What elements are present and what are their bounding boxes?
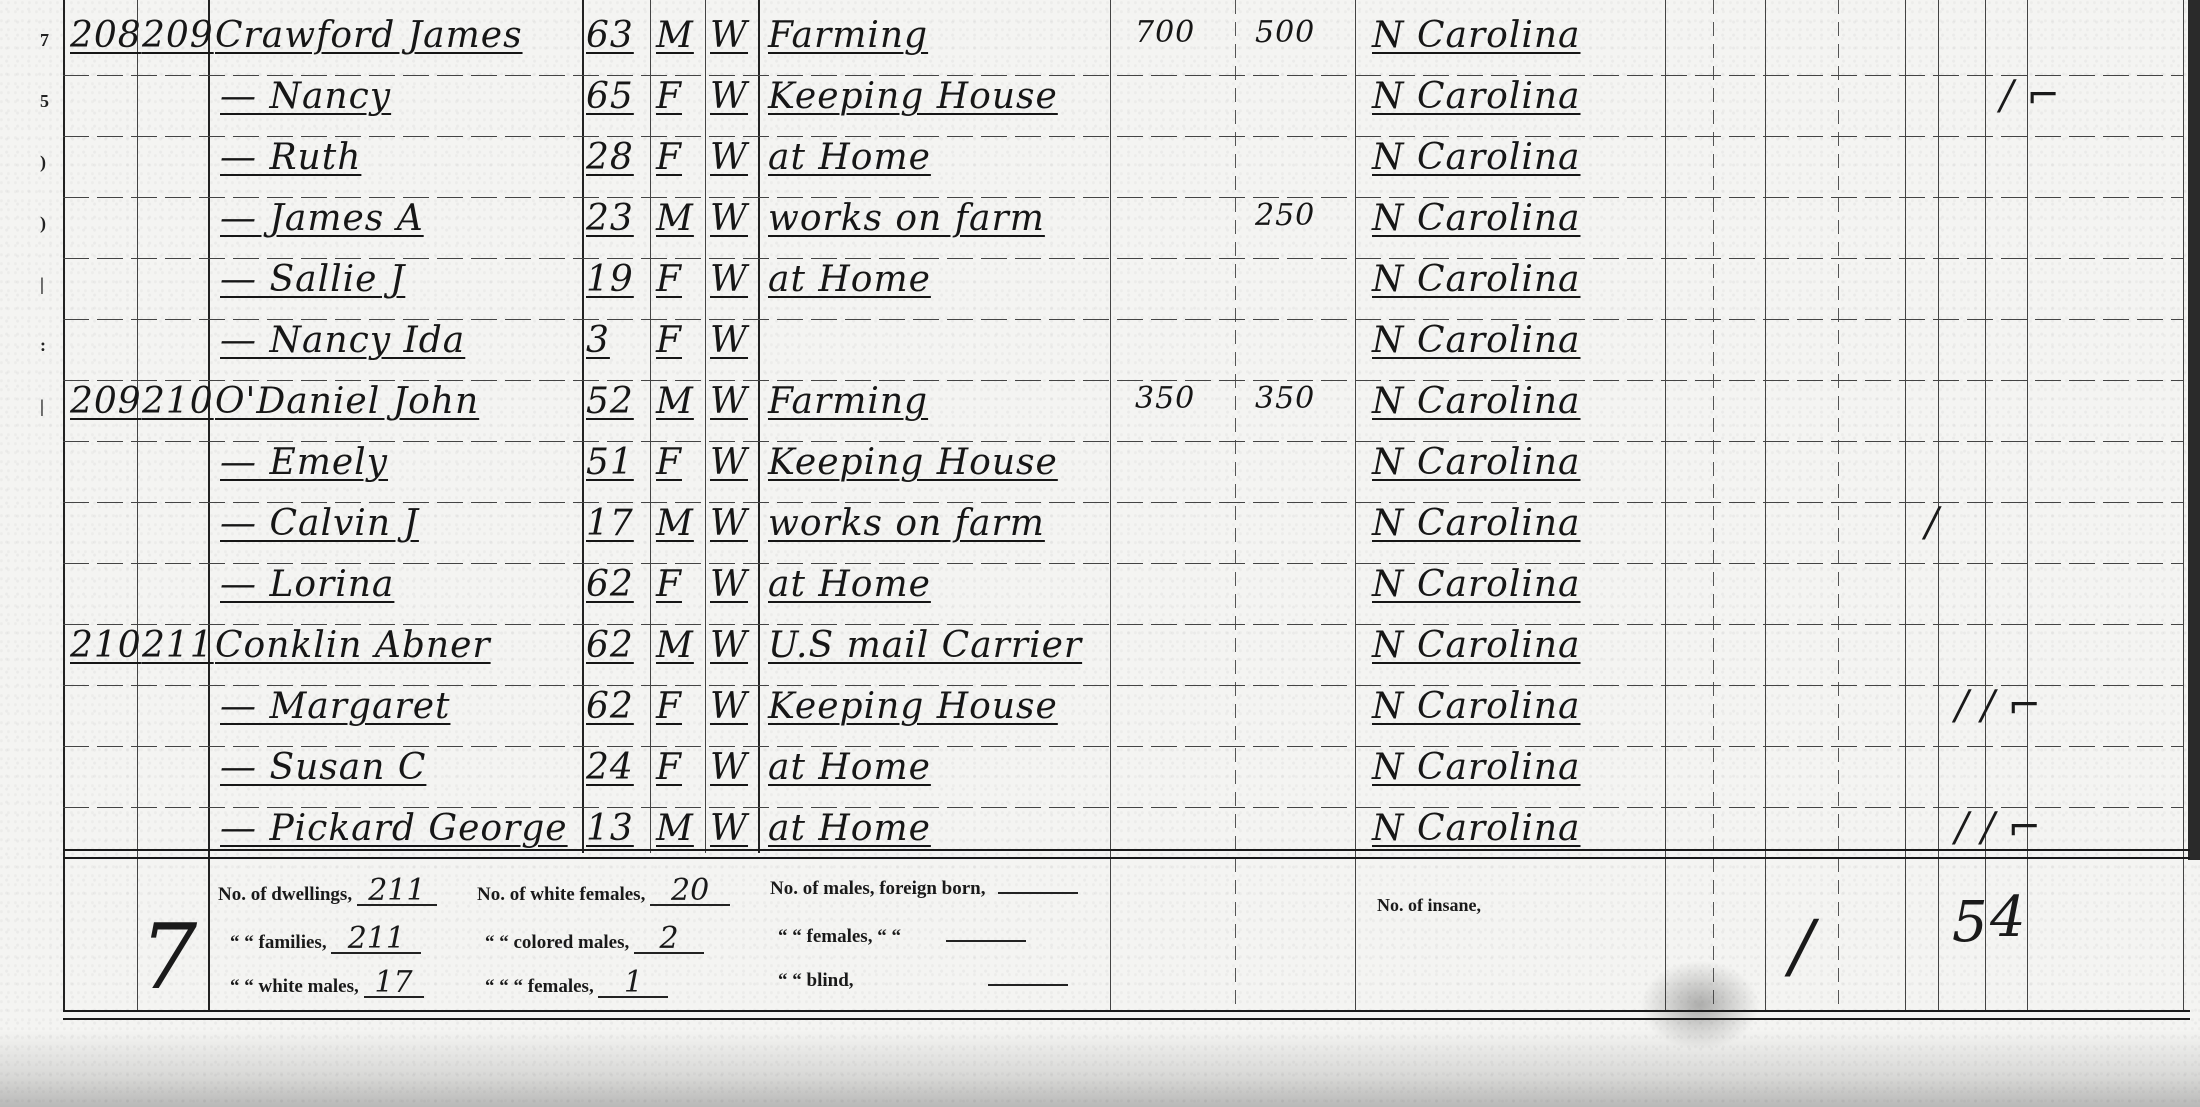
margin-check-mark: 7 xyxy=(140,905,197,1010)
cell-dwelling: 210 xyxy=(70,628,132,664)
cell-sex: F xyxy=(656,140,682,176)
cell-color: W xyxy=(710,323,748,359)
cell-color: W xyxy=(710,628,748,664)
tally-mark: / / ⌐ xyxy=(1955,805,2041,851)
tally-mark: / xyxy=(1790,905,1814,987)
cell-birthplace: N Carolina xyxy=(1372,140,1581,176)
cell-name: — Nancy Ida xyxy=(220,323,465,359)
cell-age: 28 xyxy=(586,140,634,176)
dwellings-label: No. of dwellings, xyxy=(218,884,352,905)
cell-name: O'Daniel John xyxy=(215,384,479,420)
summary-colored-females: “ “ “ females, 1 xyxy=(485,970,668,998)
cell-age: 65 xyxy=(586,79,634,115)
cell-age: 19 xyxy=(586,262,634,298)
colored-females-value: 1 xyxy=(598,970,668,998)
tally-mark: 4 xyxy=(1990,885,2026,950)
cell-color: W xyxy=(710,689,748,725)
cell-occupation: Keeping House xyxy=(768,445,1058,481)
cell-age: 13 xyxy=(586,811,634,847)
cell-sex: M xyxy=(656,201,694,237)
cell-name: Crawford James xyxy=(215,18,523,54)
scan-smudge xyxy=(1640,960,1760,1050)
data-bottom-rule xyxy=(63,849,2190,859)
insane-label: No. of insane, xyxy=(1377,895,1481,916)
cell-color: W xyxy=(710,506,748,542)
margin-mark: ) xyxy=(40,152,46,173)
cell-occupation: Farming xyxy=(768,18,928,54)
white-females-label: No. of white females, xyxy=(477,884,645,905)
cell-family: 211 xyxy=(142,628,204,664)
foreign-males-value xyxy=(998,892,1078,894)
cell-birthplace: N Carolina xyxy=(1372,445,1581,481)
column-rule xyxy=(758,0,760,853)
cell-sex: M xyxy=(656,384,694,420)
blind-label: “ “ blind, xyxy=(778,970,854,991)
cell-name: — Nancy xyxy=(220,79,391,115)
cell-name: — Susan C xyxy=(220,750,426,786)
cell-color: W xyxy=(710,79,748,115)
cell-name: — Ruth xyxy=(220,140,361,176)
cell-color: W xyxy=(710,567,748,603)
cell-color: W xyxy=(710,384,748,420)
colored-males-label: “ “ colored males, xyxy=(485,932,629,953)
cell-occupation: works on farm xyxy=(768,506,1045,542)
summary-white-males: “ “ white males, 17 xyxy=(230,970,424,998)
cell-color: W xyxy=(710,445,748,481)
cell-age: 17 xyxy=(586,506,634,542)
summary-white-females: No. of white females, 20 xyxy=(477,878,730,906)
cell-sex: F xyxy=(656,445,682,481)
cell-sex: F xyxy=(656,323,682,359)
cell-name: — Pickard George xyxy=(220,811,568,847)
cell-occupation: Keeping House xyxy=(768,79,1058,115)
cell-name: — Margaret xyxy=(220,689,450,725)
foreign-males-label: No. of males, foreign born, xyxy=(770,878,986,899)
cell-name: — Emely xyxy=(220,445,388,481)
cell-age: 52 xyxy=(586,384,634,420)
cell-color: W xyxy=(710,140,748,176)
row-rule xyxy=(63,136,2183,137)
cell-color: W xyxy=(710,18,748,54)
margin-mark: : xyxy=(40,335,46,356)
cell-birthplace: N Carolina xyxy=(1372,750,1581,786)
dwellings-value: 211 xyxy=(357,878,437,906)
column-rule xyxy=(705,0,706,853)
cell-occupation: at Home xyxy=(768,140,931,176)
cell-age: 3 xyxy=(586,323,610,359)
cell-birthplace: N Carolina xyxy=(1372,262,1581,298)
cell-birthplace: N Carolina xyxy=(1372,689,1581,725)
cell-color: W xyxy=(710,750,748,786)
page-edge-shadow xyxy=(2188,0,2200,860)
cell-personal: 350 xyxy=(1255,384,1315,414)
foreign-females-label: “ “ females, “ “ xyxy=(778,926,901,947)
summary-blind: “ “ blind, xyxy=(778,970,1068,992)
cell-occupation: at Home xyxy=(768,750,931,786)
cell-sex: M xyxy=(656,506,694,542)
cell-sex: F xyxy=(656,750,682,786)
summary-dwellings: No. of dwellings, 211 xyxy=(218,878,437,906)
cell-family: 210 xyxy=(142,384,204,420)
cell-sex: F xyxy=(656,567,682,603)
cell-dwelling: 209 xyxy=(70,384,132,420)
cell-occupation: at Home xyxy=(768,262,931,298)
cell-color: W xyxy=(710,262,748,298)
margin-mark: 5 xyxy=(40,91,49,112)
cell-real-estate: 350 xyxy=(1135,384,1195,414)
cell-name: Conklin Abner xyxy=(215,628,491,664)
cell-age: 62 xyxy=(586,689,634,725)
cell-age: 51 xyxy=(586,445,634,481)
cell-age: 24 xyxy=(586,750,634,786)
column-rule xyxy=(650,0,651,853)
cell-name: — Calvin J xyxy=(220,506,419,542)
summary-foreign-males: No. of males, foreign born, xyxy=(770,878,1078,900)
cell-age: 23 xyxy=(586,201,634,237)
cell-birthplace: N Carolina xyxy=(1372,628,1581,664)
scan-smudge xyxy=(0,1030,2200,1107)
families-value: 211 xyxy=(331,926,421,954)
census-page: 75))|:| 208209Crawford James63MWFarming7… xyxy=(0,0,2200,1107)
tally-mark: / xyxy=(1925,500,1938,546)
foreign-females-value xyxy=(946,940,1026,942)
cell-birthplace: N Carolina xyxy=(1372,567,1581,603)
tally-mark: / ⌐ xyxy=(2000,73,2060,119)
cell-name: — Lorina xyxy=(220,567,394,603)
cell-sex: M xyxy=(656,18,694,54)
page-bottom-rule xyxy=(63,1010,2190,1020)
cell-color: W xyxy=(710,201,748,237)
cell-birthplace: N Carolina xyxy=(1372,18,1581,54)
cell-birthplace: N Carolina xyxy=(1372,201,1581,237)
blind-value xyxy=(988,984,1068,986)
cell-color: W xyxy=(710,811,748,847)
cell-birthplace: N Carolina xyxy=(1372,384,1581,420)
cell-name: — James A xyxy=(220,201,424,237)
cell-birthplace: N Carolina xyxy=(1372,811,1581,847)
tally-mark: / / ⌐ xyxy=(1955,683,2041,729)
cell-birthplace: N Carolina xyxy=(1372,506,1581,542)
cell-occupation: U.S mail Carrier xyxy=(768,628,1082,664)
cell-occupation: Farming xyxy=(768,384,928,420)
cell-sex: M xyxy=(656,811,694,847)
cell-age: 62 xyxy=(586,628,634,664)
summary-families: “ “ families, 211 xyxy=(230,926,421,954)
column-rule xyxy=(582,0,584,853)
cell-occupation: Keeping House xyxy=(768,689,1058,725)
cell-sex: F xyxy=(656,262,682,298)
cell-birthplace: N Carolina xyxy=(1372,323,1581,359)
cell-occupation: at Home xyxy=(768,811,931,847)
families-label: “ “ families, xyxy=(230,932,327,953)
summary-foreign-females: “ “ females, “ “ xyxy=(778,926,1026,948)
margin-mark: ) xyxy=(40,213,46,234)
white-males-value: 17 xyxy=(364,970,424,998)
summary-colored-males: “ “ colored males, 2 xyxy=(485,926,704,954)
cell-personal: 500 xyxy=(1255,18,1315,48)
cell-occupation: at Home xyxy=(768,567,931,603)
cell-age: 63 xyxy=(586,18,634,54)
white-males-label: “ “ white males, xyxy=(230,976,359,997)
margin-mark: | xyxy=(40,396,44,417)
cell-family: 209 xyxy=(142,18,204,54)
colored-males-value: 2 xyxy=(634,926,704,954)
cell-name: — Sallie J xyxy=(220,262,405,298)
colored-females-label: “ “ “ females, xyxy=(485,976,594,997)
white-females-value: 20 xyxy=(650,878,730,906)
margin-mark: 7 xyxy=(40,30,49,51)
cell-personal: 250 xyxy=(1255,201,1315,231)
cell-birthplace: N Carolina xyxy=(1372,79,1581,115)
cell-sex: F xyxy=(656,689,682,725)
cell-sex: M xyxy=(656,628,694,664)
tally-mark: 5 xyxy=(1952,890,1988,955)
cell-dwelling: 208 xyxy=(70,18,132,54)
cell-real-estate: 700 xyxy=(1135,18,1195,48)
margin-mark: | xyxy=(40,274,44,295)
cell-age: 62 xyxy=(586,567,634,603)
cell-sex: F xyxy=(656,79,682,115)
cell-occupation: works on farm xyxy=(768,201,1045,237)
